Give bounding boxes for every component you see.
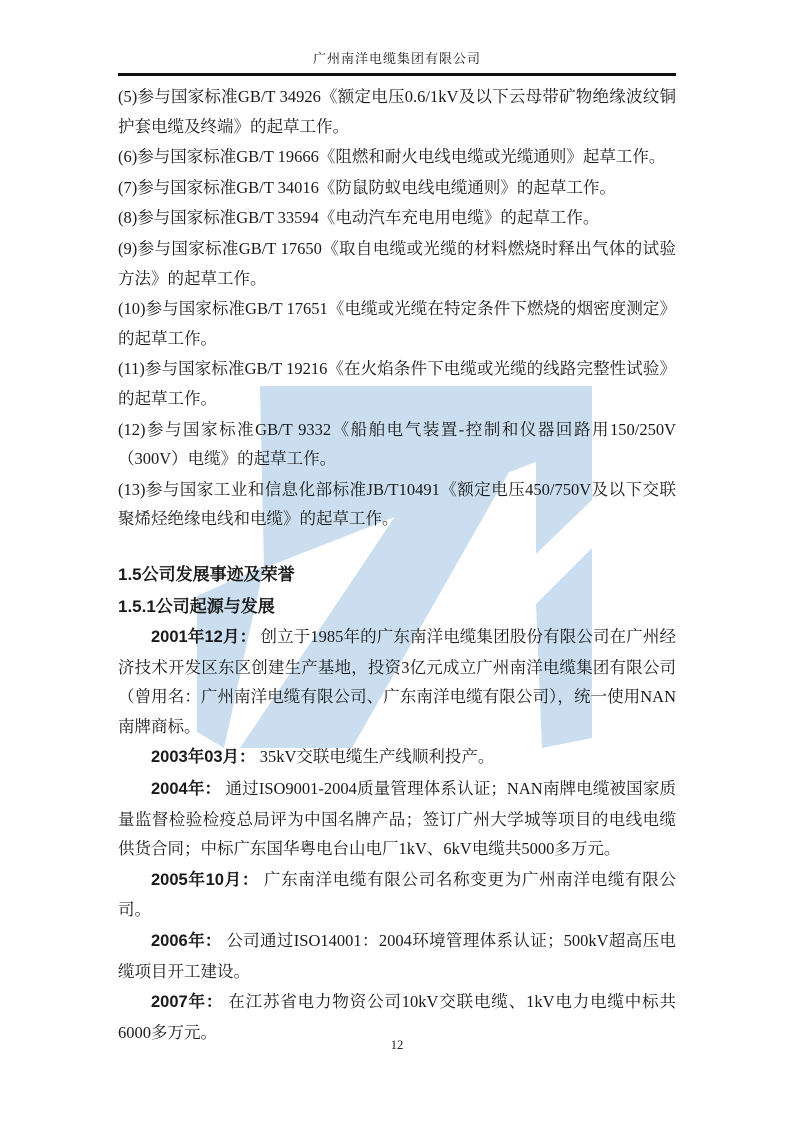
milestone-date-label: 2005年10月：: [151, 871, 259, 889]
page-number: 12: [391, 1038, 404, 1052]
milestone-date-label: 2006年：: [151, 932, 222, 950]
milestone-date-label: 2004年：: [151, 780, 221, 798]
milestone-paragraph-2003: 2003年03月： 35kV交联电缆生产线顺利投产。: [118, 742, 676, 773]
milestone-paragraph-2005: 2005年10月： 广东南洋电缆有限公司名称变更为广州南洋电缆有限公司。: [118, 865, 676, 925]
milestone-text: 35kV交联电缆生产线顺利投产。: [260, 747, 495, 766]
milestone-date-label: 2003年03月：: [151, 748, 256, 766]
standard-item-9: (9)参与国家标准GB/T 17650《取自电缆或光缆的材料燃烧时释出气体的试验…: [118, 234, 676, 293]
subsection-heading: 1.5.1公司起源与发展: [118, 592, 676, 622]
standard-item-10: (10)参与国家标准GB/T 17651《电缆或光缆在特定条件下燃烧的烟密度测定…: [118, 294, 676, 353]
page-footer: 12: [0, 1038, 794, 1053]
standard-item-13: (13)参与国家工业和信息化部标准JB/T10491《额定电压450/750V及…: [118, 475, 676, 534]
milestone-date-label: 2001年12月：: [151, 628, 256, 646]
standard-item-5: (5)参与国家标准GB/T 34926《额定电压0.6/1kV及以下云母带矿物绝…: [118, 82, 676, 141]
standard-item-6: (6)参与国家标准GB/T 19666《阻燃和耐火电线电缆或光缆通则》起草工作。: [118, 142, 676, 172]
document-page: 广州南洋电缆集团有限公司 (5)参与国家标准GB/T 34926《额定电压0.6…: [0, 0, 794, 1123]
standard-item-12: (12)参与国家标准GB/T 9332《船舶电气装置-控制和仪器回路用150/2…: [118, 415, 676, 474]
milestone-paragraph-2001: 2001年12月： 创立于1985年的广东南洋电缆集团股份有限公司在广州经济技术…: [118, 622, 676, 741]
standard-item-8: (8)参与国家标准GB/T 33594《电动汽车充电用电缆》的起草工作。: [118, 203, 676, 233]
standard-item-11: (11)参与国家标准GB/T 19216《在火焰条件下电缆或光缆的线路完整性试验…: [118, 354, 676, 413]
section-heading: 1.5公司发展事迹及荣誉: [118, 560, 676, 590]
milestone-date-label: 2007年：: [151, 993, 223, 1011]
standard-item-7: (7)参与国家标准GB/T 34016《防鼠防蚁电线电缆通则》的起草工作。: [118, 173, 676, 203]
company-name: 广州南洋电缆集团有限公司: [313, 51, 481, 66]
document-body: (5)参与国家标准GB/T 34926《额定电压0.6/1kV及以下云母带矿物绝…: [118, 82, 676, 1048]
page-header: 广州南洋电缆集团有限公司: [118, 48, 676, 76]
milestone-paragraph-2004: 2004年： 通过ISO9001-2004质量管理体系认证；NAN南牌电缆被国家…: [118, 774, 676, 864]
milestone-paragraph-2006: 2006年： 公司通过ISO14001：2004环境管理体系认证；500kV超高…: [118, 926, 676, 986]
